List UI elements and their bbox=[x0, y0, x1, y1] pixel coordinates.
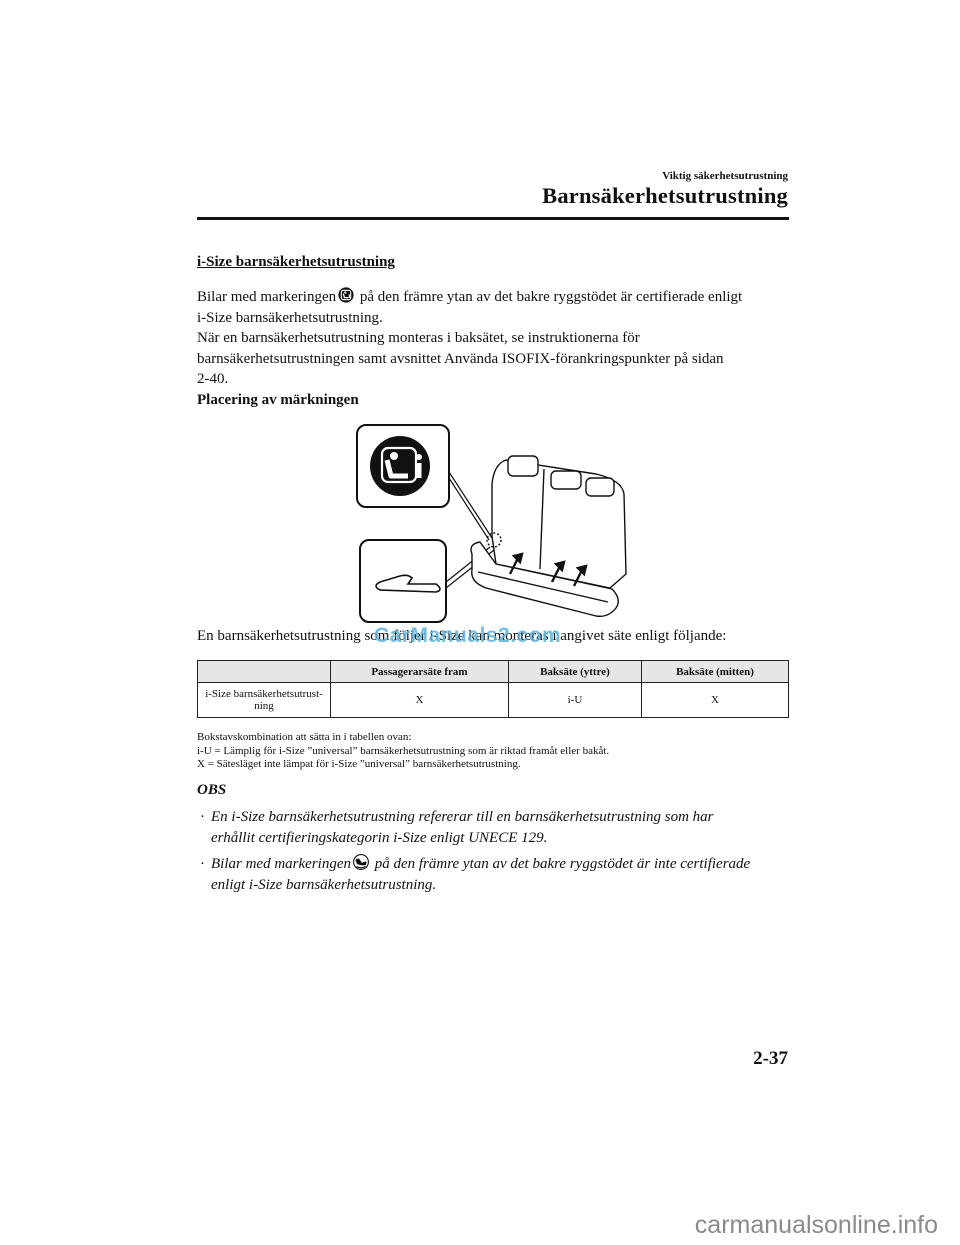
note-bullets: · En i-Size barnsäkerhetsutrustning refe… bbox=[197, 807, 797, 901]
paragraph-line: i-Size barnsäkerhetsutrustning. bbox=[197, 308, 797, 329]
table-row-label: i-Size barnsäkerhetsutrust-ning bbox=[198, 683, 331, 718]
bullet-line: erhållit certifieringskategorin i-Size e… bbox=[211, 828, 797, 849]
row-label-line: i-Size barnsäkerhetsutrust- bbox=[205, 688, 323, 700]
bullet-text: Bilar med markeringen bbox=[211, 856, 351, 872]
callout-seat-edge bbox=[360, 540, 446, 622]
bullet-dot: · bbox=[200, 854, 205, 875]
subheading: Placering av märkningen bbox=[197, 392, 359, 409]
legend-item: i-U = Lämplig för i-Size ”universal” bar… bbox=[197, 745, 609, 759]
paragraph-line: Bilar med markeringen på den främre ytan… bbox=[197, 287, 797, 308]
bullet-dot: · bbox=[200, 807, 205, 828]
running-header-section: Barnsäkerhetsutrustning bbox=[542, 183, 788, 209]
table-header-cell bbox=[198, 661, 331, 683]
i-size-mark-icon bbox=[338, 287, 354, 303]
paragraph-line: 2-40. bbox=[197, 369, 797, 390]
seat-suitability-table: Passagerarsäte fram Baksäte (yttre) Baks… bbox=[197, 660, 789, 718]
paragraph-text: på den främre ytan av det bakre ryggstöd… bbox=[360, 289, 742, 305]
legend-title: Bokstavskombination att sätta in i tabel… bbox=[197, 731, 609, 745]
table-header-cell: Passagerarsäte fram bbox=[331, 661, 509, 683]
bullet-text: på den främre ytan av det bakre ryggstöd… bbox=[375, 856, 750, 872]
paragraph-line: barnsäkerhetsutrustningen samt avsnittet… bbox=[197, 349, 797, 370]
paragraph-line: När en barnsäkerhetsutrustning monteras … bbox=[197, 328, 797, 349]
watermark: CarManuals2.com bbox=[374, 624, 561, 648]
site-watermark: carmanualsonline.info bbox=[695, 1211, 938, 1240]
callout-i-size-mark bbox=[357, 425, 449, 507]
section-heading: i-Size barnsäkerhetsutrustning bbox=[197, 254, 395, 271]
bullet-line: En i-Size barnsäkerhetsutrustning refere… bbox=[211, 807, 797, 828]
legend-item: X = Sätesläget inte lämpat för i-Size ”u… bbox=[197, 758, 609, 772]
running-header-subsection: Viktig säkerhetsutrustning bbox=[662, 170, 788, 182]
table-legend: Bokstavskombination att sätta in i tabel… bbox=[197, 731, 609, 772]
isofix-child-seat-icon bbox=[353, 854, 369, 870]
table-cell: X bbox=[331, 683, 509, 718]
page-number: 2-37 bbox=[753, 1048, 788, 1070]
rear-seat-illustration bbox=[471, 456, 626, 616]
bullet-line: enligt i-Size barnsäkerhetsutrustning. bbox=[211, 875, 797, 896]
table-header-cell: Baksäte (yttre) bbox=[508, 661, 641, 683]
row-label-line: ning bbox=[254, 700, 274, 712]
table-header-cell: Baksäte (mitten) bbox=[642, 661, 789, 683]
table-header-row: Passagerarsäte fram Baksäte (yttre) Baks… bbox=[198, 661, 789, 683]
paragraph-text: Bilar med markeringen bbox=[197, 289, 336, 305]
rear-seat-figure bbox=[356, 424, 636, 624]
note-bullet: · Bilar med markeringen på den främre yt… bbox=[197, 854, 797, 895]
table-cell: X bbox=[642, 683, 789, 718]
header-rule bbox=[197, 217, 789, 220]
bullet-line: Bilar med markeringen på den främre ytan… bbox=[211, 854, 797, 875]
note-title: OBS bbox=[197, 782, 226, 799]
note-bullet: · En i-Size barnsäkerhetsutrustning refe… bbox=[197, 807, 797, 848]
table-row: i-Size barnsäkerhetsutrust-ning X i-U X bbox=[198, 683, 789, 718]
table-cell: i-U bbox=[508, 683, 641, 718]
intro-paragraph: Bilar med markeringen på den främre ytan… bbox=[197, 287, 797, 390]
